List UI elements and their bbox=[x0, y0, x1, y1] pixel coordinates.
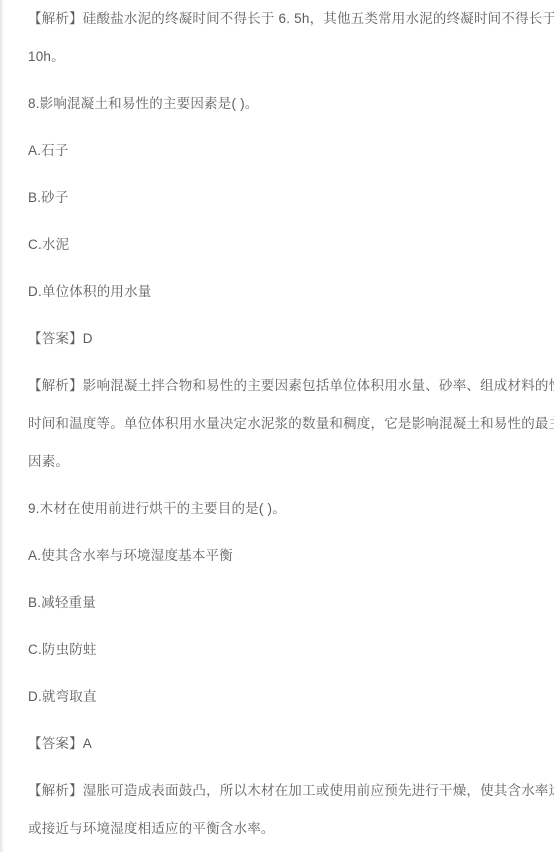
text-line: 【解析】硅酸盐水泥的终凝时间不得长于 6. 5h，其他五类常用水泥的终凝时间不得… bbox=[28, 0, 544, 38]
text-line: D.单位体积的用水量 bbox=[28, 273, 544, 311]
text-line: 【解析】影响混凝土拌合物和易性的主要因素包括单位体积用水量、砂率、组成材料的性质… bbox=[28, 367, 544, 405]
q7-analysis: 【解析】硅酸盐水泥的终凝时间不得长于 6. 5h，其他五类常用水泥的终凝时间不得… bbox=[28, 0, 544, 76]
document-content: 【解析】硅酸盐水泥的终凝时间不得长于 6. 5h，其他五类常用水泥的终凝时间不得… bbox=[0, 0, 554, 852]
q9-question: 9.木材在使用前进行烘干的主要目的是( )。 bbox=[28, 490, 544, 528]
q8-option-d: D.单位体积的用水量 bbox=[28, 273, 544, 311]
text-line: 8.影响混凝土和易性的主要因素是( )。 bbox=[28, 85, 544, 123]
q8-answer: 【答案】D bbox=[28, 320, 544, 358]
q9-option-c: C.防虫防蛀 bbox=[28, 631, 544, 669]
text-line: D.就弯取直 bbox=[28, 678, 544, 716]
q8-analysis: 【解析】影响混凝土拌合物和易性的主要因素包括单位体积用水量、砂率、组成材料的性质… bbox=[28, 367, 544, 481]
text-line: 10h。 bbox=[28, 38, 544, 76]
text-line: 或接近与环境湿度相适应的平衡含水率。 bbox=[28, 810, 544, 848]
text-line: 【答案】D bbox=[28, 320, 544, 358]
q8-option-c: C.水泥 bbox=[28, 226, 544, 264]
text-line: A.石子 bbox=[28, 132, 544, 170]
text-line: 【解析】湿胀可造成表面鼓凸，所以木材在加工或使用前应预先进行干燥，使其含水率达到 bbox=[28, 772, 544, 810]
q9-analysis: 【解析】湿胀可造成表面鼓凸，所以木材在加工或使用前应预先进行干燥，使其含水率达到… bbox=[28, 772, 544, 848]
q8-question: 8.影响混凝土和易性的主要因素是( )。 bbox=[28, 85, 544, 123]
text-line: C.防虫防蛀 bbox=[28, 631, 544, 669]
q9-option-a: A.使其含水率与环境湿度基本平衡 bbox=[28, 537, 544, 575]
text-line: 【答案】A bbox=[28, 725, 544, 763]
text-line: 时间和温度等。单位体积用水量决定水泥浆的数量和稠度，它是影响混凝土和易性的最主要 bbox=[28, 405, 544, 443]
q9-option-b: B.减轻重量 bbox=[28, 584, 544, 622]
text-line: B.砂子 bbox=[28, 179, 544, 217]
text-line: B.减轻重量 bbox=[28, 584, 544, 622]
text-line: A.使其含水率与环境湿度基本平衡 bbox=[28, 537, 544, 575]
text-line: 因素。 bbox=[28, 443, 544, 481]
q9-answer: 【答案】A bbox=[28, 725, 544, 763]
text-line: C.水泥 bbox=[28, 226, 544, 264]
q9-option-d: D.就弯取直 bbox=[28, 678, 544, 716]
q8-option-a: A.石子 bbox=[28, 132, 544, 170]
q8-option-b: B.砂子 bbox=[28, 179, 544, 217]
document-page: 【解析】硅酸盐水泥的终凝时间不得长于 6. 5h，其他五类常用水泥的终凝时间不得… bbox=[0, 0, 554, 852]
text-line: 9.木材在使用前进行烘干的主要目的是( )。 bbox=[28, 490, 544, 528]
